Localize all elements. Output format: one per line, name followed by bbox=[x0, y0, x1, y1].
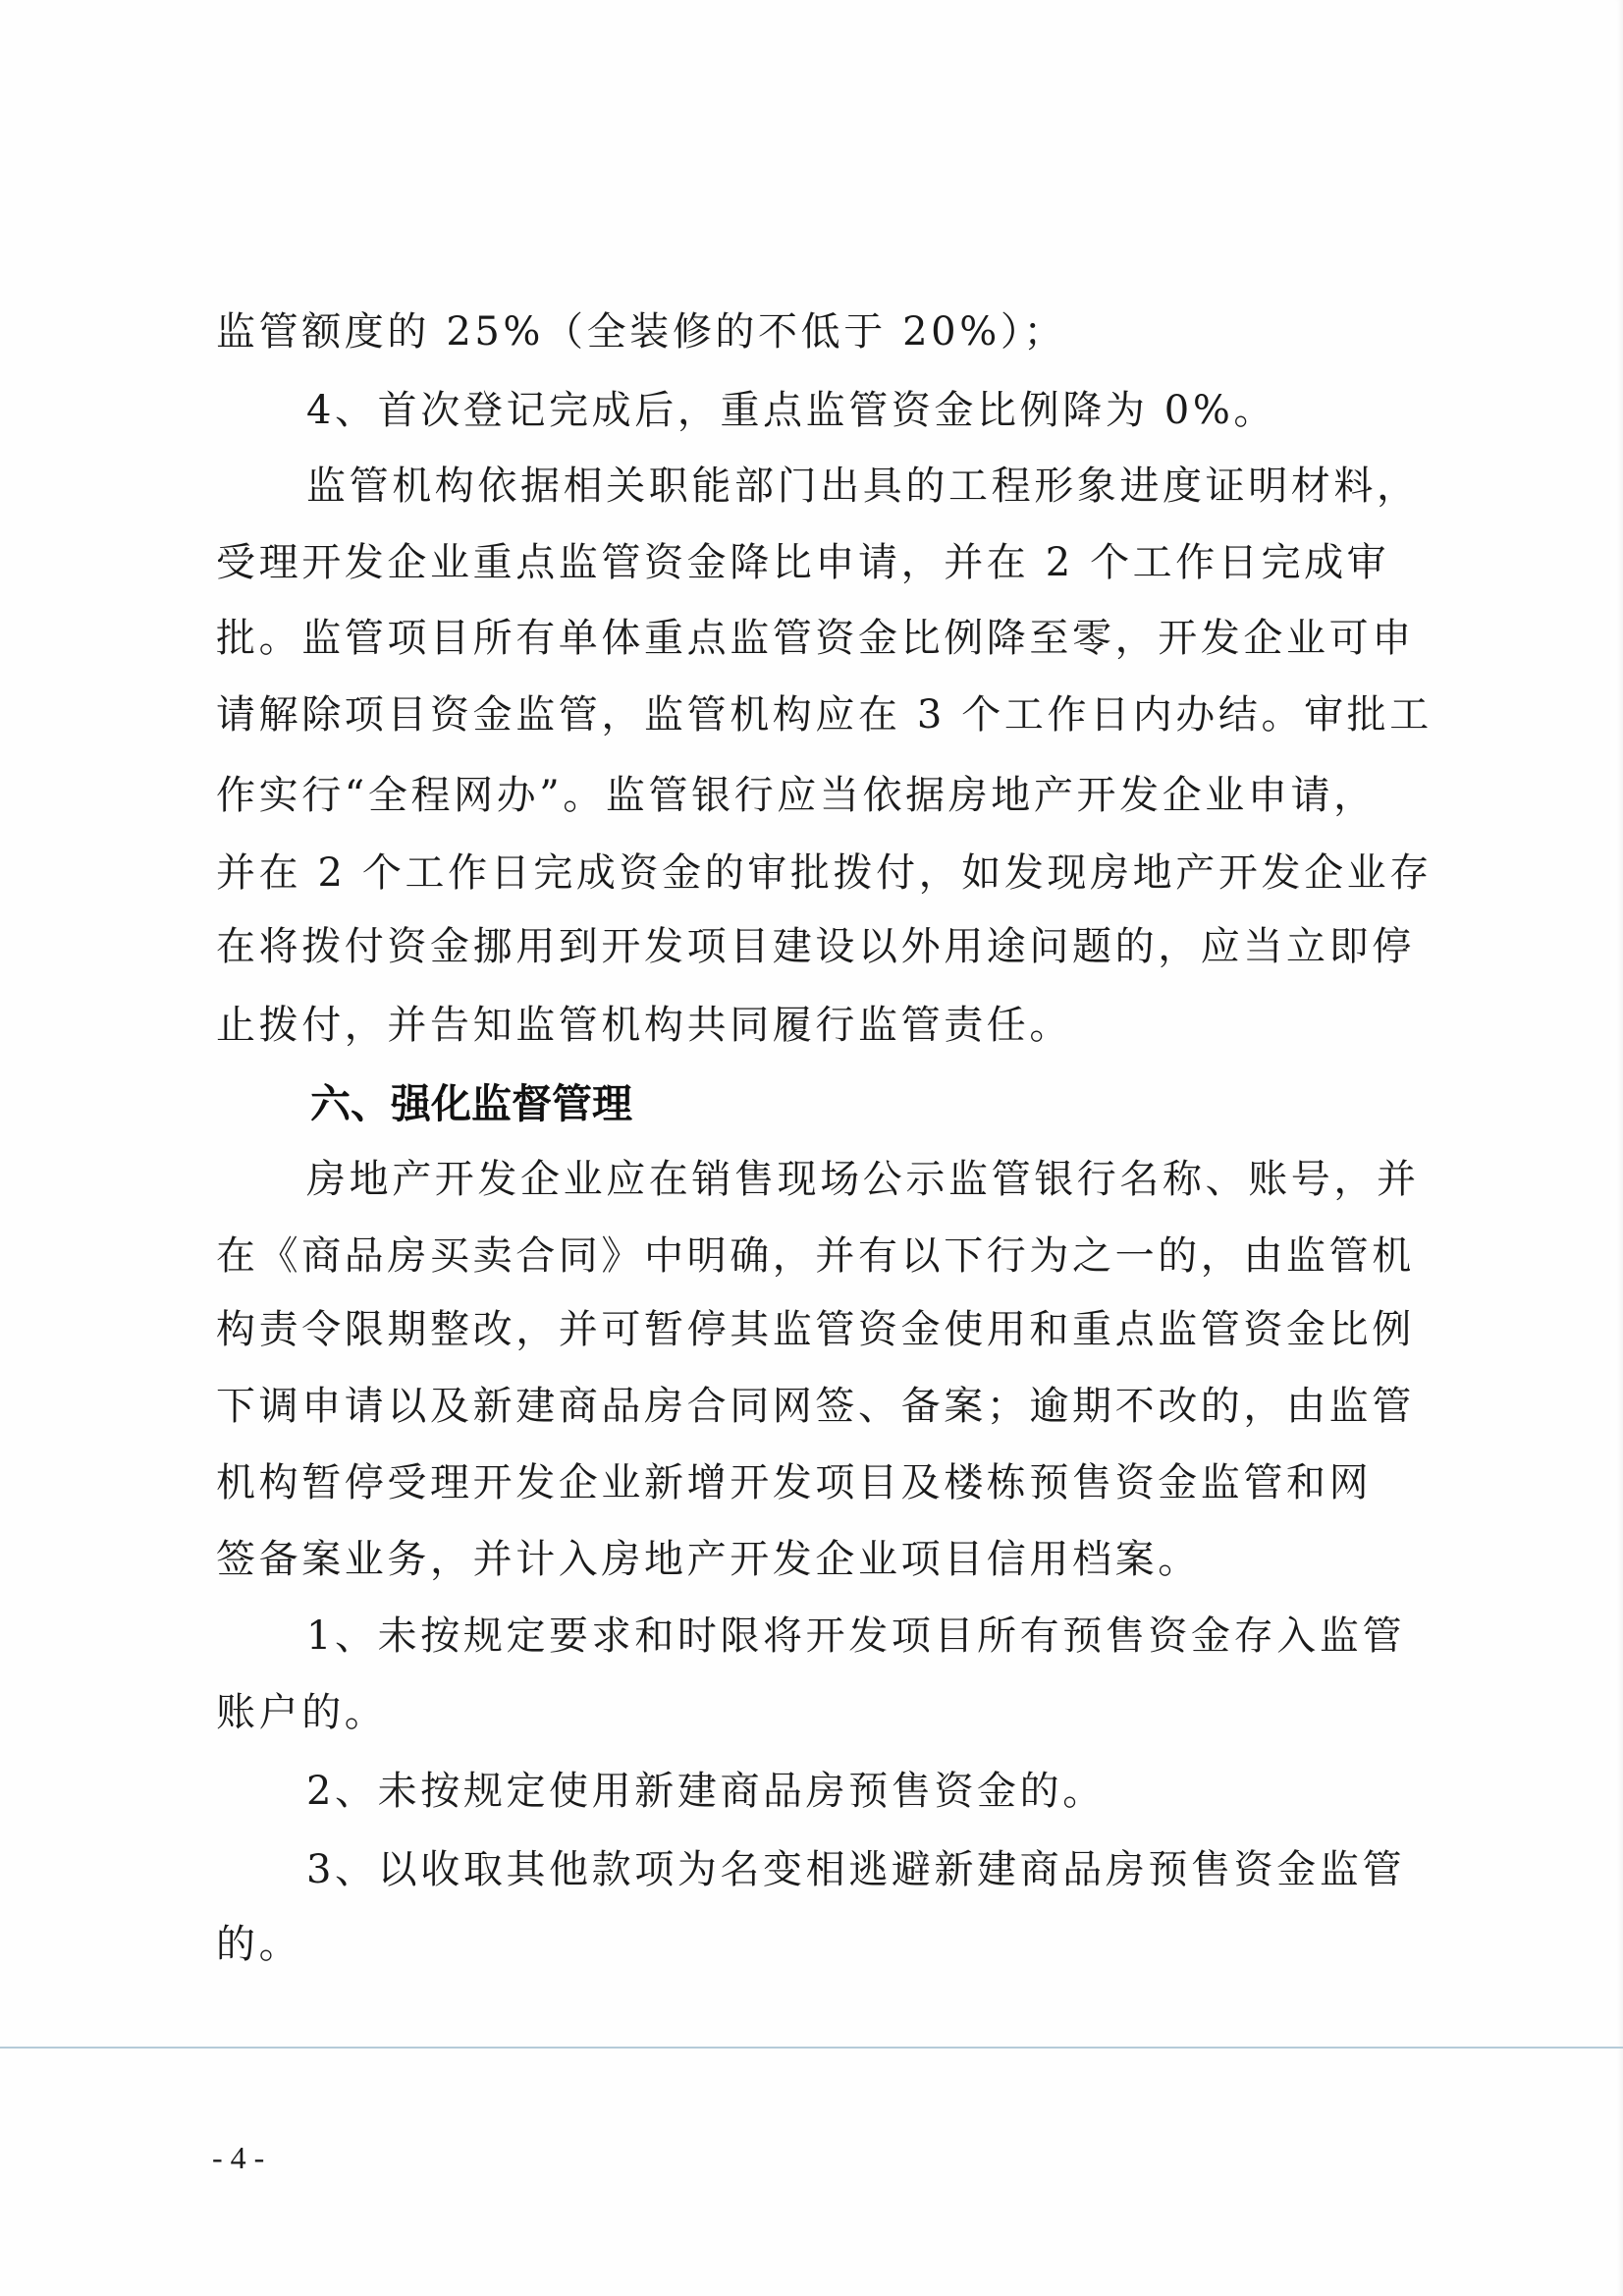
paragraph-line: 机构暂停受理开发企业新增开发项目及楼栋预售资金监管和网 bbox=[216, 1459, 1372, 1506]
paragraph-line: 止拨付，并告知监管机构共同履行监管责任。 bbox=[216, 1002, 1072, 1049]
paragraph-line: 监管机构依据相关职能部门出具的工程形象进度证明材料， bbox=[306, 463, 1420, 510]
paragraph-line: 在《商品房买卖合同》中明确，并有以下行为之一的，由监管机 bbox=[216, 1232, 1415, 1280]
list-item-1: 1、未按规定要求和时限将开发项目所有预售资金存入监管 bbox=[306, 1613, 1405, 1660]
list-item-3: 3、以收取其他款项为名变相逃避新建商品房预售资金监管 bbox=[306, 1846, 1405, 1893]
paragraph-line: 作实行“全程网办”。监管银行应当依据房地产开发企业申请， bbox=[216, 772, 1377, 819]
paragraph-line: 房地产开发企业应在销售现场公示监管银行名称、账号，并 bbox=[306, 1156, 1420, 1203]
paragraph-line: 受理开发企业重点监管资金降比申请，并在 2 个工作日完成审 bbox=[216, 539, 1389, 586]
paragraph-line: 监管额度的 25%（全装修的不低于 20%）； bbox=[216, 308, 1066, 355]
paragraph-line: 账户的。 bbox=[216, 1689, 387, 1736]
paragraph-line: 构责令限期整改，并可暂停其监管资金使用和重点监管资金比例 bbox=[216, 1306, 1415, 1353]
section-heading: 六、强化监督管理 bbox=[310, 1080, 632, 1127]
document-page: 监管额度的 25%（全装修的不低于 20%）； 4、首次登记完成后，重点监管资金… bbox=[0, 0, 1623, 2296]
footer-divider bbox=[0, 2047, 1623, 2049]
list-item-4: 4、首次登记完成后，重点监管资金比例降为 0%。 bbox=[306, 387, 1276, 434]
page-number: - 4 - bbox=[212, 2139, 264, 2176]
paragraph-line: 的。 bbox=[216, 1921, 301, 1968]
paragraph-line: 请解除项目资金监管，监管机构应在 3 个工作日内办结。审批工 bbox=[216, 691, 1433, 738]
list-item-2: 2、未按规定使用新建商品房预售资金的。 bbox=[306, 1768, 1106, 1815]
paragraph-line: 在将拨付资金挪用到开发项目建设以外用途问题的，应当立即停 bbox=[216, 923, 1415, 970]
paragraph-line: 并在 2 个工作日完成资金的审批拨付，如发现房地产开发企业存 bbox=[216, 849, 1433, 897]
paragraph-line: 签备案业务，并计入房地产开发企业项目信用档案。 bbox=[216, 1536, 1201, 1583]
paragraph-line: 批。监管项目所有单体重点监管资金比例降至零，开发企业可申 bbox=[216, 615, 1415, 662]
paragraph-line: 下调申请以及新建商品房合同网签、备案；逾期不改的，由监管 bbox=[216, 1383, 1415, 1430]
